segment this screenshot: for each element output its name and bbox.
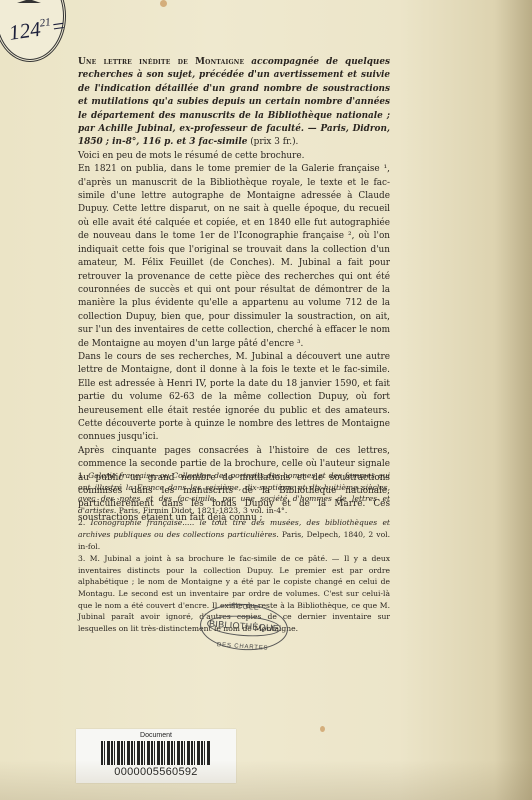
heading-description: accompagnée de quelques recherches à son… [78,57,390,147]
paragraph: Dans le cours de ses recherches, M. Jubi… [78,351,390,445]
paragraph: Voici en peu de mots le résumé de cette … [78,150,390,163]
article-body: Une lettre inédite de Montaigne accompag… [78,56,390,525]
footnote: 1. Galerie française, ou Collection des … [78,470,390,516]
barcode-title: Document [76,732,236,739]
footnote: 2. Iconographie française..... le tout t… [78,517,390,552]
foxing-spot [320,726,325,732]
foxing-spot [160,0,167,7]
shelfmark-label: 12421= [0,0,66,62]
heading-price: (prix 3 fr.). [247,137,298,147]
article-heading: Une lettre inédite de Montaigne accompag… [78,56,390,150]
page-shadow [0,760,532,800]
library-stamp: ÉCOLE BIBLIOTHÈQUE DES CHARTES [199,601,290,653]
triangle-mark [17,0,41,3]
paragraph: En 1821 on publia, dans le tome premier … [78,163,390,351]
shelfmark-number: 12421= [8,13,68,46]
heading-lead: Une lettre inédite de Montaigne [78,57,244,67]
